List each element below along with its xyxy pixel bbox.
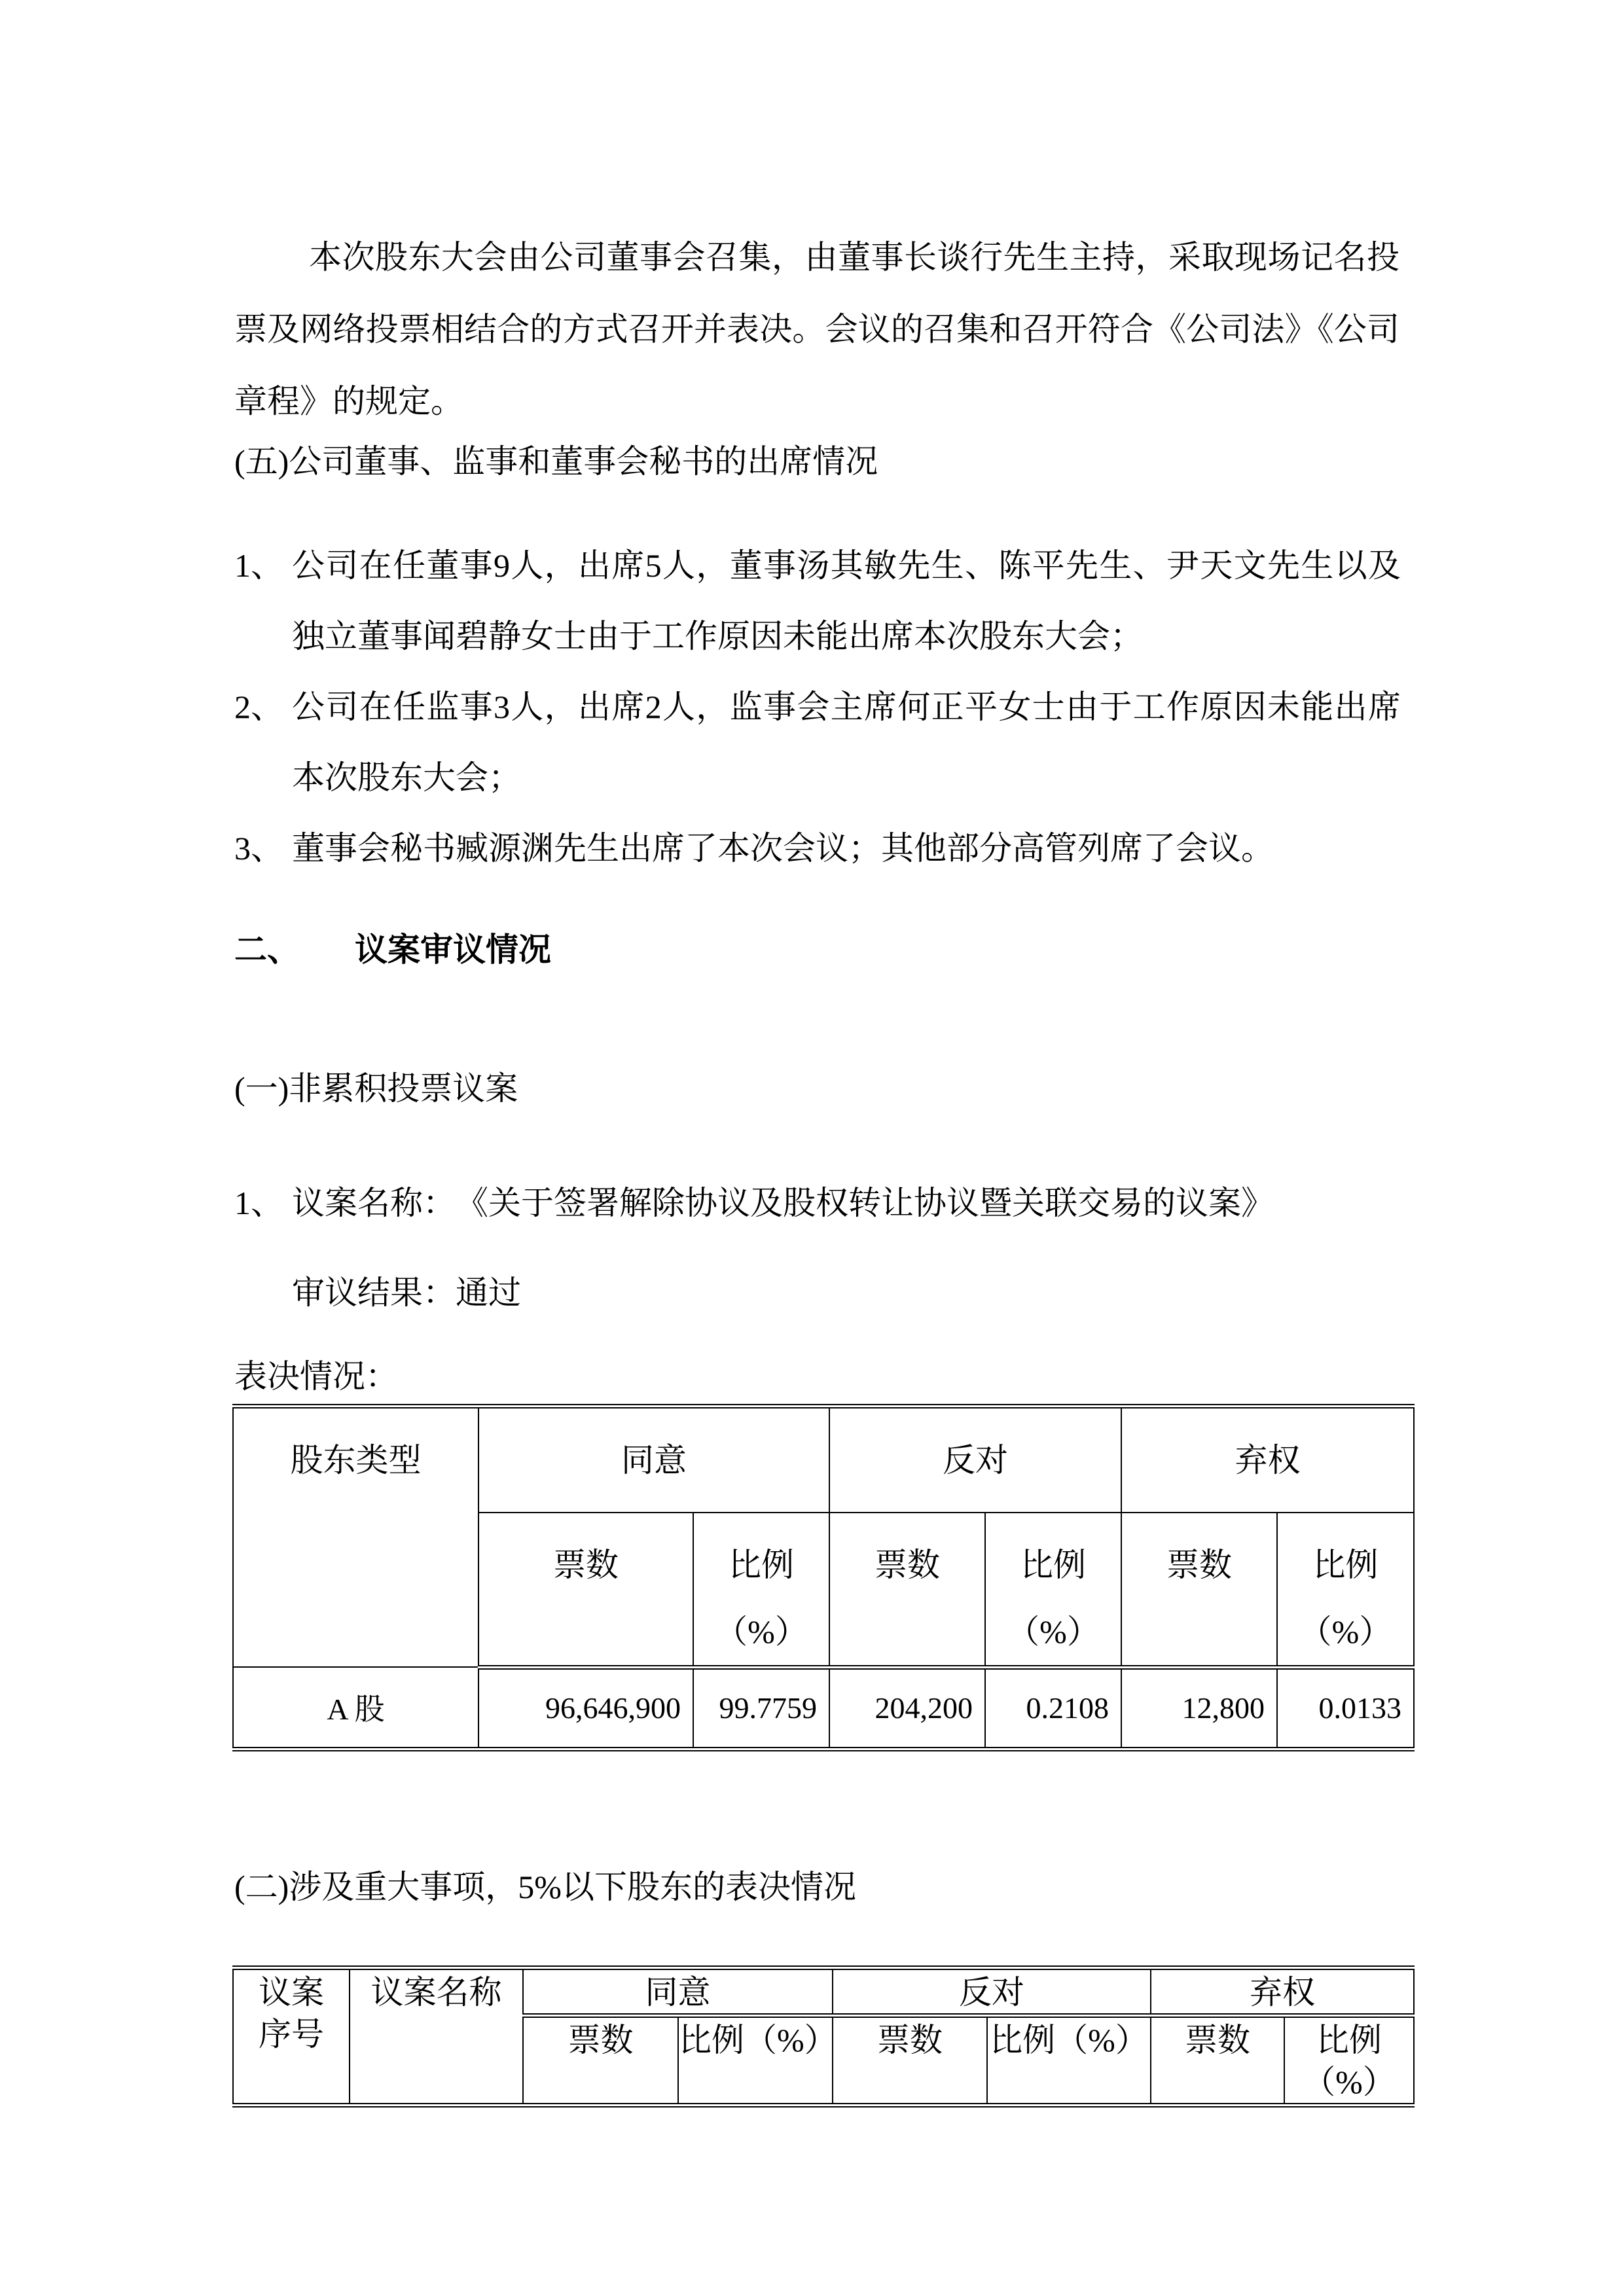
abstain-votes-header: 票数 (1121, 1513, 1277, 1668)
list-item-number: 1、 (234, 530, 292, 672)
ratio-label: 比例 (694, 1532, 829, 1598)
proposal-number: 1、 (234, 1168, 292, 1238)
table-row: A 股 96,646,900 99.7759 204,200 0.2108 12… (233, 1667, 1414, 1749)
oppose-votes-header: 票数 (833, 2016, 987, 2106)
agree-ratio-cell: 99.7759 (693, 1667, 829, 1749)
vote-result-table: 股东类型 同意 反对 弃权 票数 比例 （%） 票数 比例 （%） 票数 比例 (232, 1404, 1415, 1751)
agree-ratio-header: 比例 （%） (693, 1513, 829, 1668)
agree-votes-header: 票数 (478, 1513, 693, 1668)
list-item-number: 3、 (234, 813, 292, 884)
agree-votes-cell: 96,646,900 (478, 1667, 693, 1749)
ratio-unit: （%） (694, 1598, 829, 1665)
list-item: 3、 董事会秘书臧源渊先生出席了本次会议；其他部分高管列席了会议。 (234, 813, 1401, 884)
attendance-list: 1、 公司在任董事9人，出席5人，董事汤其敏先生、陈平先生、尹天文先生以及独立董… (234, 530, 1401, 884)
abstain-ratio-cell: 0.0133 (1277, 1667, 1414, 1749)
oppose-votes-header: 票数 (829, 1513, 985, 1668)
ratio-unit: （%） (1285, 2061, 1413, 2103)
proposal-no-line2: 序号 (234, 2013, 349, 2055)
intro-paragraph: 本次股东大会由公司董事会召集，由董事长谈行先生主持，采取现场记名投票及网络投票相… (234, 221, 1399, 437)
oppose-ratio-header: 比例 （%） (985, 1513, 1121, 1668)
shareholder-type-header: 股东类型 (233, 1407, 478, 1668)
section-title: 议案审议情况 (355, 931, 551, 968)
list-item: 2、 公司在任监事3人，出席2人，监事会主席何正平女士由于工作原因未能出席本次股… (234, 672, 1401, 813)
ratio-label: 比例 (986, 1532, 1121, 1598)
oppose-group-header: 反对 (833, 1968, 1151, 2016)
abstain-ratio-header: 比例 （%） (1284, 2016, 1414, 2106)
ratio-label: 比例 (1285, 2019, 1413, 2061)
review-section-heading: 二、议案审议情况 (234, 914, 551, 986)
agree-votes-header: 票数 (523, 2016, 678, 2106)
proposal-name-text: 议案名称： 《关于签署解除协议及股权转让协议暨关联交易的议案》 (292, 1168, 1401, 1238)
abstain-ratio-header: 比例 （%） (1277, 1513, 1414, 1668)
agree-group-header: 同意 (523, 1968, 833, 2016)
list-item-text: 董事会秘书臧源渊先生出席了本次会议；其他部分高管列席了会议。 (292, 813, 1401, 884)
abstain-votes-header: 票数 (1151, 2016, 1284, 2106)
shareholder-type-cell: A 股 (233, 1667, 478, 1749)
proposal-name-line: 1、 议案名称： 《关于签署解除协议及股权转让协议暨关联交易的议案》 (234, 1168, 1401, 1238)
abstain-group-header: 弃权 (1151, 1968, 1414, 2016)
agree-group-header: 同意 (478, 1407, 829, 1513)
oppose-ratio-header: 比例（%） (987, 2016, 1151, 2106)
proposal-no-line1: 议案 (234, 1971, 349, 2013)
list-item-text: 公司在任董事9人，出席5人，董事汤其敏先生、陈平先生、尹天文先生以及独立董事闻碧… (292, 530, 1401, 672)
abstain-votes-cell: 12,800 (1121, 1667, 1277, 1749)
non-cumulative-heading: (一)非累积投票议案 (234, 1052, 518, 1124)
attendance-section-heading: (五)公司董事、监事和董事会秘书的出席情况 (234, 425, 878, 497)
oppose-group-header: 反对 (829, 1407, 1121, 1513)
ratio-label: 比例 (1278, 1532, 1413, 1598)
review-result-line: 审议结果：通过 (292, 1257, 521, 1329)
proposal-name-header: 议案名称 (350, 1968, 523, 2106)
oppose-votes-cell: 204,200 (829, 1667, 985, 1749)
voting-situation-label: 表决情况： (234, 1340, 398, 1412)
agree-ratio-header: 比例（%） (678, 2016, 833, 2106)
minor-shareholders-vote-table: 议案 序号 议案名称 同意 反对 弃权 票数 比例（%） 票数 比例（%） 票数… (232, 1965, 1415, 2108)
list-item-text: 公司在任监事3人，出席2人，监事会主席何正平女士由于工作原因未能出席本次股东大会… (292, 672, 1401, 813)
oppose-ratio-cell: 0.2108 (985, 1667, 1121, 1749)
proposal-no-header: 议案 序号 (233, 1968, 350, 2106)
ratio-unit: （%） (986, 1598, 1121, 1665)
document-page: 本次股东大会由公司董事会召集，由董事长谈行先生主持，采取现场记名投票及网络投票相… (0, 0, 1624, 2296)
major-matters-heading: (二)涉及重大事项，5%以下股东的表决情况 (234, 1851, 856, 1923)
list-item: 1、 公司在任董事9人，出席5人，董事汤其敏先生、陈平先生、尹天文先生以及独立董… (234, 530, 1401, 672)
ratio-unit: （%） (1278, 1598, 1413, 1665)
list-item-number: 2、 (234, 672, 292, 813)
abstain-group-header: 弃权 (1121, 1407, 1414, 1513)
section-number: 二、 (234, 931, 300, 968)
